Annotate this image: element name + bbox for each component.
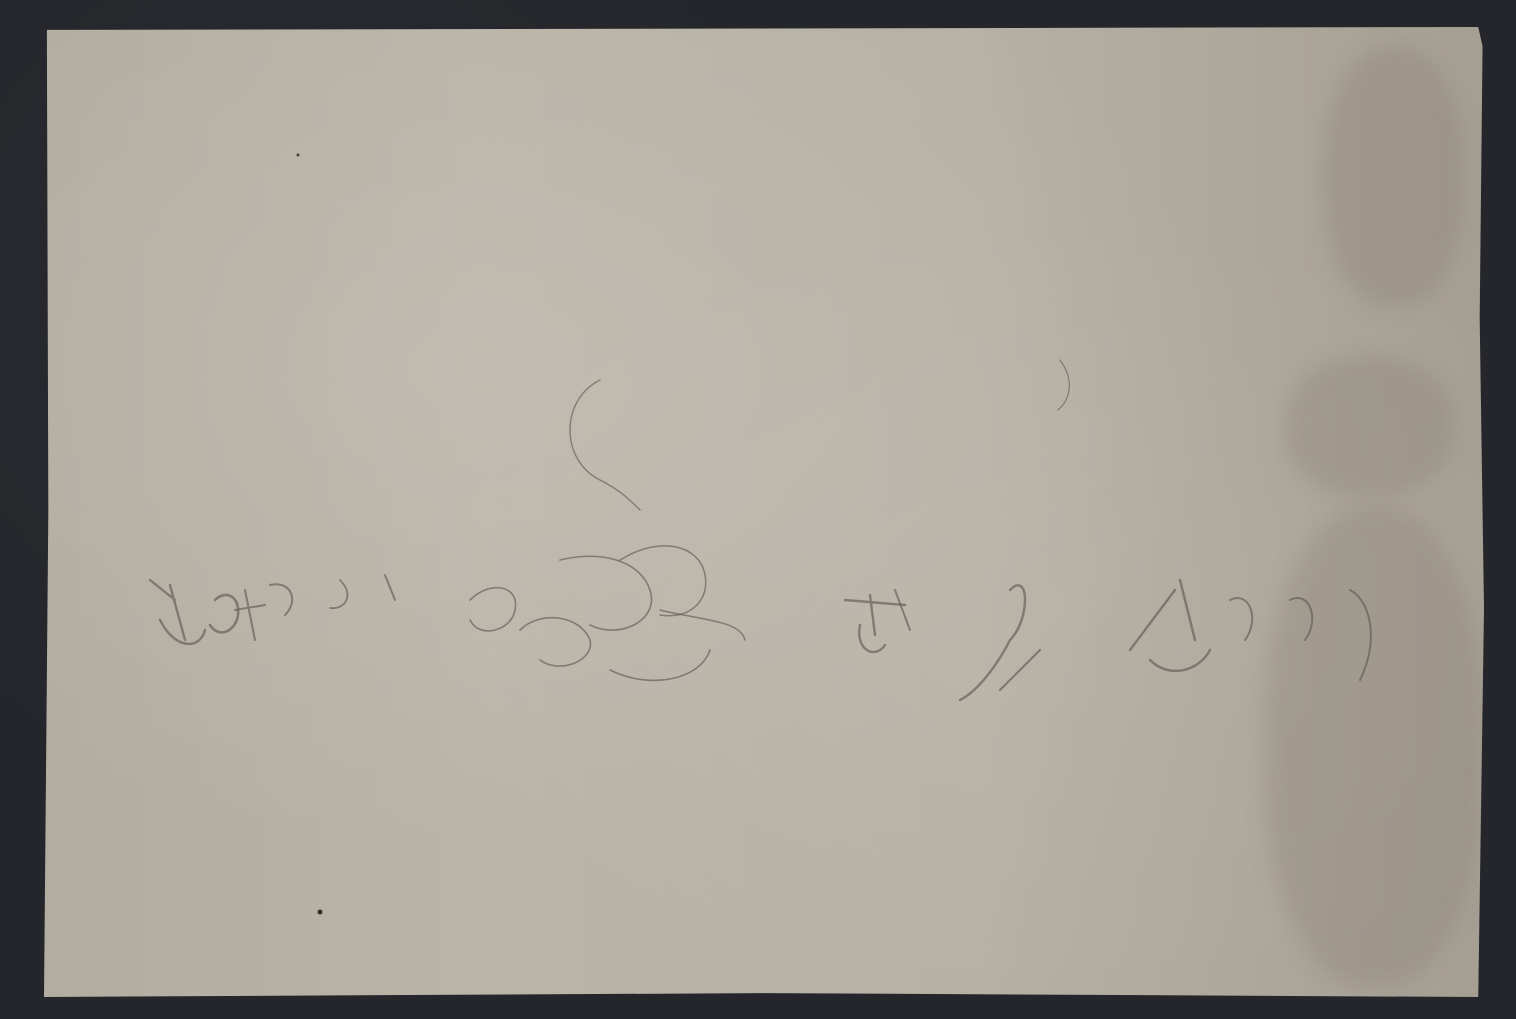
pencil-inscription (0, 0, 1516, 1019)
